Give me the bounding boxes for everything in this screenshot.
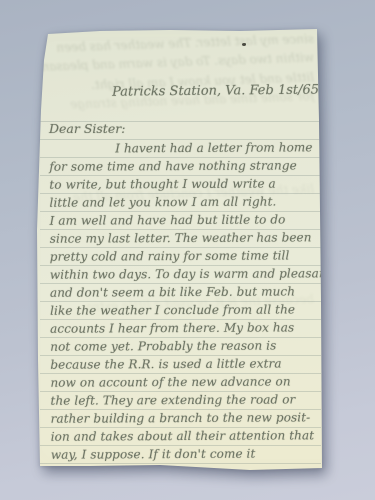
letter-line: because the R.R. is used a little extra	[50, 354, 322, 373]
letter-line: pretty cold and rainy for some time till	[50, 246, 322, 265]
letter-line: and don't seem a bit like Feb. but much	[50, 282, 322, 301]
letter-line: little and let you know I am all right.	[49, 192, 321, 211]
letter-line: rather building a branch to the new posi…	[51, 408, 323, 427]
letter-line: way, I suppose. If it don't come it	[51, 444, 323, 463]
letter-line: for some time and have nothing strange	[49, 156, 321, 175]
letter-text: Patricks Station, Va. Feb 1st/65 Dear Si…	[38, 0, 322, 500]
letter-paper: since my last letter. The weather has be…	[0, 0, 375, 500]
letter-line: within two days. To day is warm and plea…	[50, 264, 322, 283]
letter-body: I havent had a letter from home for some…	[49, 138, 323, 463]
letter-paper-shadow: since my last letter. The weather has be…	[0, 0, 375, 500]
letter-line: like the weather I conclude from all the	[50, 300, 322, 319]
letter-line: accounts I hear from there. My box has	[50, 318, 322, 337]
letter-line: ion and takes about all their attention …	[51, 426, 323, 445]
letter-line: since my last letter. The weather has be…	[50, 228, 322, 247]
letter-line: I havent had a letter from home	[49, 138, 321, 157]
letter-line: the left. They are extending the road or	[50, 390, 322, 409]
letter-line: not come yet. Probably the reason is	[50, 336, 322, 355]
photo-background: since my last letter. The weather has be…	[0, 0, 375, 500]
letter-line: now on account of the new advance on	[50, 372, 322, 391]
letter-dateline: Patricks Station, Va. Feb 1st/65	[38, 83, 319, 101]
letter-line: I am well and have had but little to do	[50, 210, 322, 229]
letter-salutation: Dear Sister:	[49, 121, 125, 136]
letter-line: to write, but thought I would write a	[49, 174, 321, 193]
